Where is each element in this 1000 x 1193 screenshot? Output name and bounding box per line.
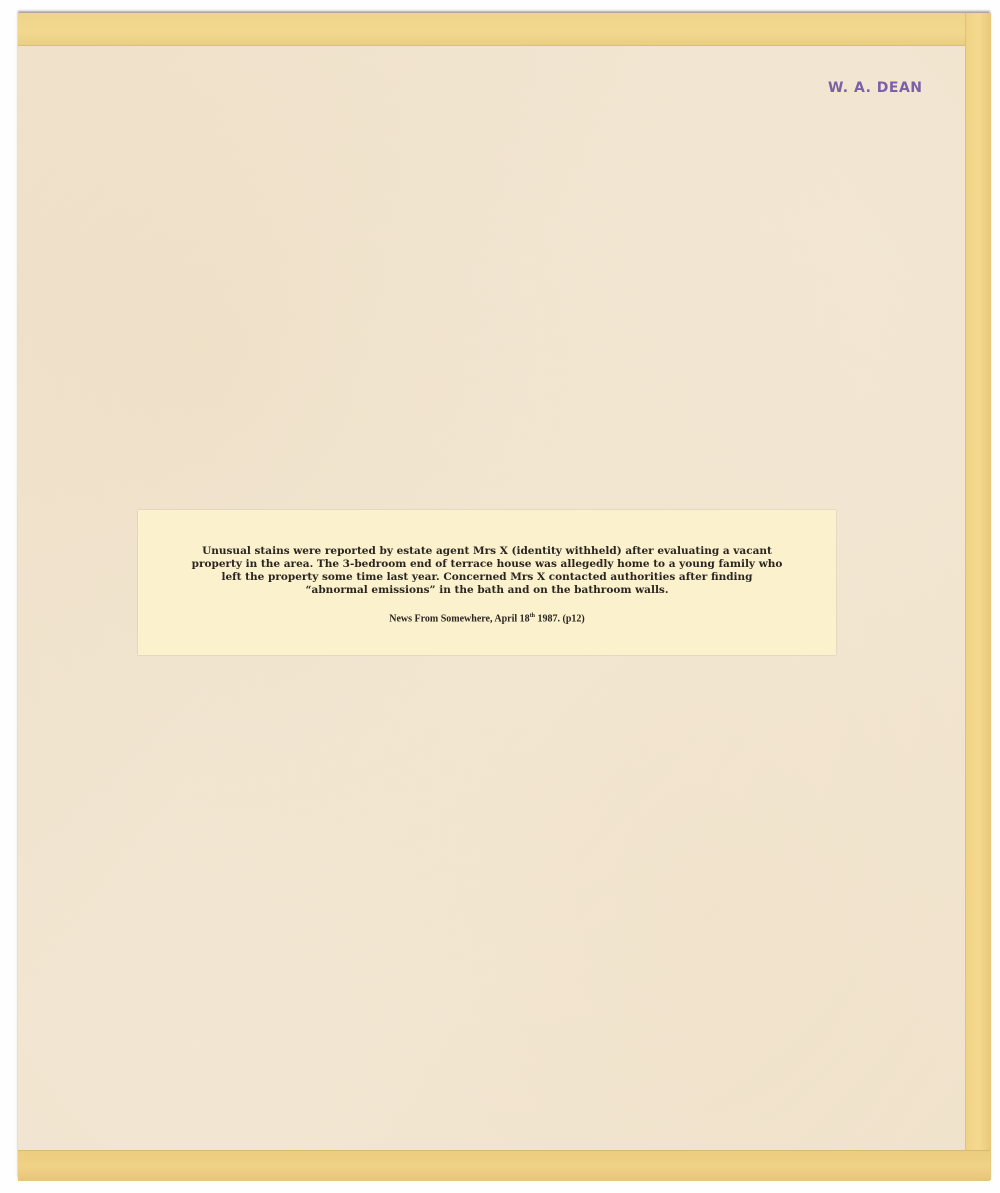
- tape-top: [18, 13, 990, 46]
- name-stamp: W. A. DEAN: [828, 80, 923, 96]
- tape-right: [965, 13, 991, 1180]
- caption-text: Unusual stains were reported by estate a…: [138, 545, 836, 597]
- citation-prefix: News From Somewhere, April 18: [389, 613, 529, 624]
- citation-suffix: 1987. (p12): [535, 613, 585, 624]
- caption-line: left the property some time last year. C…: [138, 571, 836, 584]
- tape-bottom: [18, 1150, 990, 1181]
- caption-label: Unusual stains were reported by estate a…: [138, 510, 836, 655]
- caption-line: “abnormal emissions” in the bath and on …: [138, 584, 836, 597]
- caption-line: property in the area. The 3-bedroom end …: [138, 558, 836, 571]
- caption-line: Unusual stains were reported by estate a…: [138, 545, 836, 558]
- citation: News From Somewhere, April 18th 1987. (p…: [138, 613, 836, 624]
